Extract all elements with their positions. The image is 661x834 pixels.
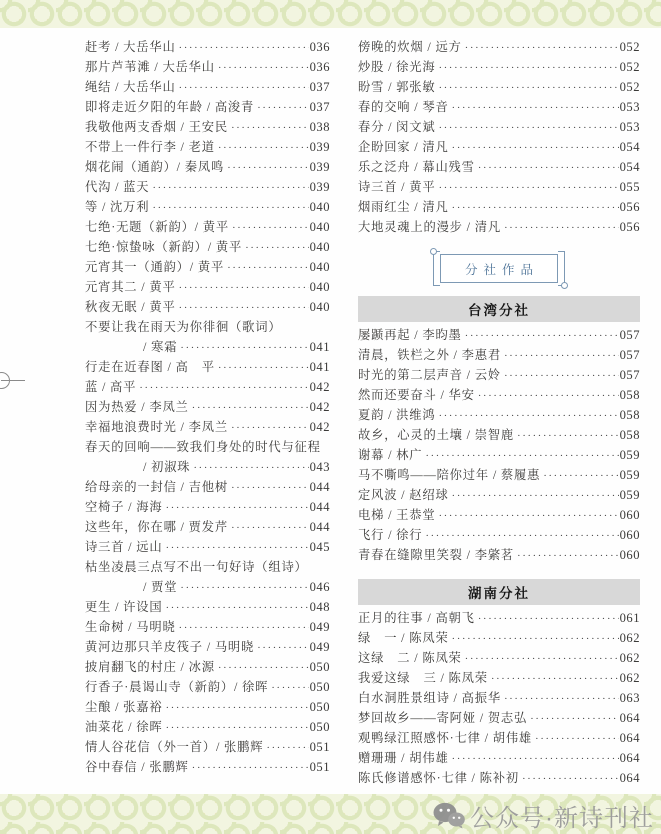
page-number: 036 xyxy=(310,57,330,77)
toc-entry: 披肩翻飞的村庄 / 冰源050 xyxy=(85,657,330,677)
page-number: 049 xyxy=(310,617,330,637)
entry-title-author: 不带上一件行李 / 老道 xyxy=(85,137,215,157)
page-number: 054 xyxy=(620,157,640,177)
entry-title-author: 蓝 / 高平 xyxy=(85,377,136,397)
page-number: 043 xyxy=(310,457,330,477)
badge-ornament-icon xyxy=(430,248,437,255)
dot-leader xyxy=(193,458,308,478)
dot-leader xyxy=(438,506,618,526)
toc-entry: 正月的往事 / 高朝飞061 xyxy=(358,608,640,628)
section-title-taiwan: 台湾分社 xyxy=(358,296,640,322)
toc-entry: 青春在缝隙里笑裂 / 李綮茗060 xyxy=(358,545,640,565)
entry-title-author: 烟花闹（通韵）/ 秦凤鸣 xyxy=(85,157,224,177)
page-number: 048 xyxy=(310,597,330,617)
entry-title-author: 烟雨红尘 / 清凡 xyxy=(358,197,449,217)
dot-leader xyxy=(478,386,619,406)
entry-title-author: 夏韵 / 洪维鸿 xyxy=(358,405,435,425)
toc-entry: 幸福地浪费时光 / 李凤兰042 xyxy=(85,417,330,437)
entry-title-author: 傍晚的炊烟 / 远方 xyxy=(358,37,462,57)
watermark-text: 公众号·新诗刊社 xyxy=(470,798,654,833)
toc-entry: 这绿 二 / 陈凤荣062 xyxy=(358,648,640,668)
page-number: 039 xyxy=(310,157,330,177)
decorative-border-top xyxy=(0,0,661,28)
toc-entry: 屡踬再起 / 李昀墨057 xyxy=(358,325,640,345)
page-number: 051 xyxy=(310,757,330,777)
entry-title-author: 等 / 沈万利 xyxy=(85,197,149,217)
entry-title-author: 大地灵魂上的漫步 / 清凡 xyxy=(358,217,501,237)
toc-list-taiwan: 屡踬再起 / 李昀墨057清晨，铁栏之外 / 李惠君057时光的第二层声音 / … xyxy=(358,325,640,565)
toc-entry: 我敬他两支香烟 / 王安民038 xyxy=(85,117,330,137)
page-number: 057 xyxy=(620,325,640,345)
toc-entry: 这些年，你在哪 / 贾发芹044 xyxy=(85,517,330,537)
page-number: 040 xyxy=(310,217,330,237)
entry-title-author: 正月的往事 / 高朝飞 xyxy=(358,608,475,628)
dot-leader xyxy=(271,678,308,698)
dot-leader xyxy=(165,538,308,558)
toc-list-hunan: 正月的往事 / 高朝飞061绿 一 / 陈凤荣062这绿 二 / 陈凤荣062我… xyxy=(358,608,640,788)
toc-entry: 时光的第二层声音 / 云姈057 xyxy=(358,365,640,385)
toc-entry: 谷中春信 / 张鹏辉051 xyxy=(85,757,330,777)
dot-leader xyxy=(179,78,309,98)
toc-entry: 那片芦苇滩 / 大岳华山036 xyxy=(85,57,330,77)
entry-title-author: 春天的回响——致我们身处的时代与征程 xyxy=(85,437,321,457)
section-hunan: 湖南分社 正月的往事 / 高朝飞061绿 一 / 陈凤荣062这绿 二 / 陈凤… xyxy=(358,579,640,788)
dot-leader xyxy=(438,406,618,426)
dot-leader xyxy=(165,718,308,738)
entry-title-author: 飞行 / 徐行 xyxy=(358,525,422,545)
dot-leader xyxy=(231,518,309,538)
page-number: 050 xyxy=(310,657,330,677)
dot-leader xyxy=(452,98,619,118)
toc-entry: 元宵其二 / 黄平040 xyxy=(85,277,330,297)
entry-title-author: 企盼回家 / 清凡 xyxy=(358,137,449,157)
page-number: 064 xyxy=(620,768,640,788)
entry-title-author: / 初淑珠 xyxy=(143,457,190,477)
entry-title-author: 春的交响 / 琴音 xyxy=(358,97,449,117)
wechat-icon xyxy=(433,802,465,829)
page-number: 041 xyxy=(310,357,330,377)
page-number: 040 xyxy=(310,197,330,217)
toc-entry: 故乡，心灵的土壤 / 崇智鹿058 xyxy=(358,425,640,445)
toc-entry: 黄河边那只羊皮筏子 / 马明晓049 xyxy=(85,637,330,657)
page-number: 044 xyxy=(310,517,330,537)
dot-leader xyxy=(231,478,309,498)
entry-title-author: 屡踬再起 / 李昀墨 xyxy=(358,325,462,345)
dot-leader xyxy=(438,58,618,78)
entry-title-author: 因为热爱 / 李凤兰 xyxy=(85,397,189,417)
page-number: 061 xyxy=(620,608,640,628)
page-number: 064 xyxy=(620,748,640,768)
entry-title-author: 马不嘶鸣——陪你过年 / 蔡履惠 xyxy=(358,465,540,485)
page-number: 049 xyxy=(310,637,330,657)
entry-title-author: 这绿 二 / 陈凤荣 xyxy=(358,648,462,668)
dot-leader xyxy=(452,138,619,158)
entry-title-author: 油菜花 / 徐晖 xyxy=(85,717,162,737)
entry-title-author: 我敬他两支香烟 / 王安民 xyxy=(85,117,228,137)
dot-leader xyxy=(139,378,308,398)
entry-title-author: 故乡，心灵的土壤 / 崇智鹿 xyxy=(358,425,514,445)
toc-entry: 诗三首 / 远山045 xyxy=(85,537,330,557)
page-number: 046 xyxy=(310,577,330,597)
page-number: 060 xyxy=(620,505,640,525)
toc-entry: 我爱这绿 三 / 陈凤荣062 xyxy=(358,668,640,688)
dot-leader xyxy=(179,278,309,298)
toc-entry: 清晨，铁栏之外 / 李惠君057 xyxy=(358,345,640,365)
dot-leader xyxy=(517,546,619,566)
toc-column-left: 赶考 / 大岳华山036那片芦苇滩 / 大岳华山036绳结 / 大岳华山037即… xyxy=(85,37,330,790)
toc-entry: 行走在近春图 / 高 平041 xyxy=(85,357,330,377)
entry-title-author: 那片芦苇滩 / 大岳华山 xyxy=(85,57,215,77)
dot-leader xyxy=(218,358,309,378)
dot-leader xyxy=(165,598,308,618)
toc-entry: 给母亲的一封信 / 吉他树044 xyxy=(85,477,330,497)
page-number: 053 xyxy=(620,117,640,137)
page-number: 060 xyxy=(620,525,640,545)
badge-label: 分社作品 xyxy=(465,263,539,277)
toc-entry: 大地灵魂上的漫步 / 清凡056 xyxy=(358,217,640,237)
entry-title-author: 盼雪 / 郭张敏 xyxy=(358,77,435,97)
toc-entry: 生命树 / 马明晓049 xyxy=(85,617,330,637)
toc-entry: 诗三首 / 黄平055 xyxy=(358,177,640,197)
entry-title-author: 空椅子 / 海海 xyxy=(85,497,162,517)
entry-title-author: 尘酿 / 张嘉裕 xyxy=(85,697,162,717)
page-number: 051 xyxy=(310,737,330,757)
page-number: 040 xyxy=(310,277,330,297)
entry-title-author: 更生 / 许设国 xyxy=(85,597,162,617)
page-number: 062 xyxy=(620,668,640,688)
toc-entry: 情人谷花信（外一首）/ 张鹏辉051 xyxy=(85,737,330,757)
toc-entry: 马不嘶鸣——陪你过年 / 蔡履惠059 xyxy=(358,465,640,485)
entry-title-author: 乐之泛舟 / 幕山残雪 xyxy=(358,157,475,177)
page-number: 044 xyxy=(310,497,330,517)
dot-leader xyxy=(452,486,619,506)
entry-title-author: 赠珊珊 / 胡伟雄 xyxy=(358,748,449,768)
page-number: 052 xyxy=(620,77,640,97)
dot-leader xyxy=(179,38,309,58)
page-number: 037 xyxy=(310,97,330,117)
dot-leader xyxy=(425,526,618,546)
toc-entry: 烟雨红尘 / 清凡056 xyxy=(358,197,640,217)
toc-entry: 傍晚的炊烟 / 远方052 xyxy=(358,37,640,57)
entry-title-author: 我爱这绿 三 / 陈凤荣 xyxy=(358,668,488,688)
dot-leader xyxy=(218,138,309,158)
dot-leader xyxy=(530,709,618,729)
entry-title-author: 枯坐凌晨三点写不出一句好诗（组诗） xyxy=(85,557,308,577)
entry-title-author: 行走在近春图 / 高 平 xyxy=(85,357,215,377)
dot-leader xyxy=(504,218,619,238)
page-number: 063 xyxy=(620,688,640,708)
dot-leader xyxy=(179,298,309,318)
toc-entry: 因为热爱 / 李凤兰042 xyxy=(85,397,330,417)
entry-title-author: 青春在缝隙里笑裂 / 李綮茗 xyxy=(358,545,514,565)
entry-title-author: 代沟 / 蓝天 xyxy=(85,177,149,197)
entry-title-author: 赶考 / 大岳华山 xyxy=(85,37,176,57)
dot-leader xyxy=(257,638,308,658)
page-number: 058 xyxy=(620,425,640,445)
toc-entry: 秋夜无眠 / 黄平040 xyxy=(85,297,330,317)
page-number: 040 xyxy=(310,257,330,277)
dot-leader xyxy=(227,158,309,178)
toc-entry: 陈氏修谱感怀·七律 / 陈补初064 xyxy=(358,768,640,788)
page-number: 055 xyxy=(620,177,640,197)
entry-title-author: 行香子·晨谒山寺（新韵）/ 徐晖 xyxy=(85,677,268,697)
page-number: 050 xyxy=(310,717,330,737)
dot-leader xyxy=(504,346,619,366)
entry-title-author: 梦回故乡——寄阿娅 / 贺志弘 xyxy=(358,708,527,728)
entry-title-author: 春分 / 闵文斌 xyxy=(358,117,435,137)
dot-leader xyxy=(152,178,308,198)
page-number: 042 xyxy=(310,377,330,397)
entry-title-author: 生命树 / 马明晓 xyxy=(85,617,176,637)
entry-title-author: 绳结 / 大岳华山 xyxy=(85,77,176,97)
toc-entry: 赠珊珊 / 胡伟雄064 xyxy=(358,748,640,768)
entry-title-author: 幸福地浪费时光 / 李凤兰 xyxy=(85,417,228,437)
page-number: 052 xyxy=(620,57,640,77)
dot-leader xyxy=(165,698,308,718)
page-number: 064 xyxy=(620,708,640,728)
dot-leader xyxy=(452,629,619,649)
page-number: 059 xyxy=(620,485,640,505)
entry-title-author: 秋夜无眠 / 黄平 xyxy=(85,297,176,317)
toc-entry: 行香子·晨谒山寺（新韵）/ 徐晖050 xyxy=(85,677,330,697)
toc-entry: 七绝·惊蛰咏（新韵）/ 黄平040 xyxy=(85,237,330,257)
page-number: 050 xyxy=(310,697,330,717)
entry-title-author: 陈氏修谱感怀·七律 / 陈补初 xyxy=(358,768,519,788)
toc-entry: 赶考 / 大岳华山036 xyxy=(85,37,330,57)
dot-leader xyxy=(192,758,309,778)
dot-leader xyxy=(517,426,619,446)
entry-title-author: 时光的第二层声音 / 云姈 xyxy=(358,365,501,385)
toc-entry: 春分 / 闵文斌053 xyxy=(358,117,640,137)
page-number: 040 xyxy=(310,237,330,257)
entry-title-author: 定风波 / 赵绍球 xyxy=(358,485,449,505)
entry-title-author: 给母亲的一封信 / 吉他树 xyxy=(85,477,228,497)
branch-works-badge: 分社作品 xyxy=(440,254,558,283)
toc-entry: 不要让我在雨天为你徘徊（歌词） xyxy=(85,317,330,337)
dot-leader xyxy=(227,258,309,278)
entry-title-author: 诗三首 / 黄平 xyxy=(358,177,435,197)
toc-entry: 元宵其一（通韵）/ 黄平040 xyxy=(85,257,330,277)
entry-title-author: 炒股 / 徐光海 xyxy=(358,57,435,77)
branch-works-badge-wrap: 分社作品 xyxy=(358,254,640,283)
dot-leader xyxy=(438,78,618,98)
dot-leader xyxy=(465,649,619,669)
dot-leader xyxy=(192,398,309,418)
entry-title-author: 情人谷花信（外一首）/ 张鹏辉 xyxy=(85,737,263,757)
toc-entry: 飞行 / 徐行060 xyxy=(358,525,640,545)
dot-leader xyxy=(425,446,618,466)
entry-title-author: 不要让我在雨天为你徘徊（歌词） xyxy=(85,317,281,337)
dot-leader xyxy=(452,198,619,218)
section-taiwan: 台湾分社 屡踬再起 / 李昀墨057清晨，铁栏之外 / 李惠君057时光的第二层… xyxy=(358,296,640,565)
toc-entry: 即将走近夕阳的年龄 / 高浚青037 xyxy=(85,97,330,117)
page-number: 040 xyxy=(310,297,330,317)
toc-entry: / 初淑珠043 xyxy=(85,457,330,477)
page-number: 042 xyxy=(310,397,330,417)
toc-entry: 定风波 / 赵绍球059 xyxy=(358,485,640,505)
toc-page: 赶考 / 大岳华山036那片芦苇滩 / 大岳华山036绳结 / 大岳华山037即… xyxy=(85,37,640,790)
page-number: 062 xyxy=(620,628,640,648)
page-number: 042 xyxy=(310,417,330,437)
dot-leader xyxy=(180,578,308,598)
toc-entry: 企盼回家 / 清凡054 xyxy=(358,137,640,157)
entry-title-author: 这些年，你在哪 / 贾发芹 xyxy=(85,517,228,537)
dot-leader xyxy=(218,658,309,678)
page-number: 056 xyxy=(620,197,640,217)
page-number: 057 xyxy=(620,345,640,365)
toc-entry: 七绝·无题（新韵）/ 黄平040 xyxy=(85,217,330,237)
toc-entry: 油菜花 / 徐晖050 xyxy=(85,717,330,737)
entry-title-author: 披肩翻飞的村庄 / 冰源 xyxy=(85,657,215,677)
toc-entry: 谢幕 / 林广059 xyxy=(358,445,640,465)
dot-leader xyxy=(535,729,619,749)
dot-leader xyxy=(491,669,619,689)
toc-entry: / 贾堂046 xyxy=(85,577,330,597)
toc-entry: 枯坐凌晨三点写不出一句好诗（组诗） xyxy=(85,557,330,577)
dot-leader xyxy=(452,749,619,769)
dot-leader xyxy=(504,689,619,709)
page-number: 044 xyxy=(310,477,330,497)
entry-title-author: 清晨，铁栏之外 / 李惠君 xyxy=(358,345,501,365)
page-number: 056 xyxy=(620,217,640,237)
dot-leader xyxy=(257,98,308,118)
page-number: 059 xyxy=(620,445,640,465)
toc-entry: / 寒霜041 xyxy=(85,337,330,357)
entry-title-author: 七绝·惊蛰咏（新韵）/ 黄平 xyxy=(85,237,242,257)
toc-list-continuation: 傍晚的炊烟 / 远方052炒股 / 徐光海052盼雪 / 郭张敏052春的交响 … xyxy=(358,37,640,237)
page-number: 050 xyxy=(310,677,330,697)
page-number: 036 xyxy=(310,37,330,57)
page-number: 062 xyxy=(620,648,640,668)
toc-entry: 蓝 / 高平042 xyxy=(85,377,330,397)
dot-leader xyxy=(478,158,619,178)
entry-title-author: 即将走近夕阳的年龄 / 高浚青 xyxy=(85,97,254,117)
toc-entry: 春天的回响——致我们身处的时代与征程 xyxy=(85,437,330,457)
watermark: 公众号·新诗刊社 xyxy=(433,797,654,833)
dot-leader xyxy=(165,498,308,518)
page-number: 039 xyxy=(310,137,330,157)
toc-entry: 夏韵 / 洪维鸿058 xyxy=(358,405,640,425)
dot-leader xyxy=(232,218,309,238)
toc-entry: 绳结 / 大岳华山037 xyxy=(85,77,330,97)
page-number: 053 xyxy=(620,97,640,117)
page-number: 037 xyxy=(310,77,330,97)
entry-title-author: / 贾堂 xyxy=(143,577,177,597)
dot-leader xyxy=(245,238,309,258)
toc-entry: 盼雪 / 郭张敏052 xyxy=(358,77,640,97)
page-number: 058 xyxy=(620,405,640,425)
toc-entry: 不带上一件行李 / 老道039 xyxy=(85,137,330,157)
toc-entry: 梦回故乡——寄阿娅 / 贺志弘064 xyxy=(358,708,640,728)
entry-title-author: 观鸭绿江照感怀·七律 / 胡伟雄 xyxy=(358,728,532,748)
entry-title-author: 绿 一 / 陈凤荣 xyxy=(358,628,449,648)
dot-leader xyxy=(438,118,618,138)
dot-leader xyxy=(231,118,309,138)
dot-leader xyxy=(218,58,309,78)
entry-title-author: / 寒霜 xyxy=(143,337,177,357)
toc-entry: 烟花闹（通韵）/ 秦凤鸣039 xyxy=(85,157,330,177)
page-number: 057 xyxy=(620,365,640,385)
dot-leader xyxy=(152,198,308,218)
toc-entry: 尘酿 / 张嘉裕050 xyxy=(85,697,330,717)
registration-mark xyxy=(0,372,10,389)
page-number: 045 xyxy=(310,537,330,557)
page-number: 054 xyxy=(620,137,640,157)
toc-entry: 绿 一 / 陈凤荣062 xyxy=(358,628,640,648)
toc-entry: 等 / 沈万利040 xyxy=(85,197,330,217)
page-number: 060 xyxy=(620,545,640,565)
entry-title-author: 黄河边那只羊皮筏子 / 马明晓 xyxy=(85,637,254,657)
dot-leader xyxy=(179,618,309,638)
dot-leader xyxy=(465,326,619,346)
page-number: 039 xyxy=(310,177,330,197)
page-number: 041 xyxy=(310,337,330,357)
dot-leader xyxy=(438,178,618,198)
page-number: 038 xyxy=(310,117,330,137)
toc-entry: 更生 / 许设国048 xyxy=(85,597,330,617)
dot-leader xyxy=(266,738,308,758)
toc-entry: 然而还要奋斗 / 华安058 xyxy=(358,385,640,405)
toc-entry: 白水洞胜景组诗 / 高振华063 xyxy=(358,688,640,708)
entry-title-author: 元宵其二 / 黄平 xyxy=(85,277,176,297)
section-title-hunan: 湖南分社 xyxy=(358,579,640,605)
entry-title-author: 电梯 / 王恭堂 xyxy=(358,505,435,525)
dot-leader xyxy=(504,366,619,386)
page-number: 052 xyxy=(620,37,640,57)
entry-title-author: 诗三首 / 远山 xyxy=(85,537,162,557)
dot-leader xyxy=(543,466,618,486)
page-number: 064 xyxy=(620,728,640,748)
dot-leader xyxy=(478,609,619,629)
toc-column-right: 傍晚的炊烟 / 远方052炒股 / 徐光海052盼雪 / 郭张敏052春的交响 … xyxy=(358,37,640,790)
toc-entry: 观鸭绿江照感怀·七律 / 胡伟雄064 xyxy=(358,728,640,748)
entry-title-author: 七绝·无题（新韵）/ 黄平 xyxy=(85,217,229,237)
entry-title-author: 谢幕 / 林广 xyxy=(358,445,422,465)
badge-ornament-icon xyxy=(561,282,568,289)
dot-leader xyxy=(180,338,308,358)
page-number: 058 xyxy=(620,385,640,405)
entry-title-author: 然而还要奋斗 / 华安 xyxy=(358,385,475,405)
toc-entry: 乐之泛舟 / 幕山残雪054 xyxy=(358,157,640,177)
toc-entry: 炒股 / 徐光海052 xyxy=(358,57,640,77)
entry-title-author: 谷中春信 / 张鹏辉 xyxy=(85,757,189,777)
toc-entry: 春的交响 / 琴音053 xyxy=(358,97,640,117)
dot-leader xyxy=(465,38,619,58)
entry-title-author: 元宵其一（通韵）/ 黄平 xyxy=(85,257,224,277)
toc-list-left: 赶考 / 大岳华山036那片芦苇滩 / 大岳华山036绳结 / 大岳华山037即… xyxy=(85,37,330,777)
dot-leader xyxy=(522,769,619,789)
toc-entry: 电梯 / 王恭堂060 xyxy=(358,505,640,525)
entry-title-author: 白水洞胜景组诗 / 高振华 xyxy=(358,688,501,708)
toc-entry: 空椅子 / 海海044 xyxy=(85,497,330,517)
toc-entry: 代沟 / 蓝天039 xyxy=(85,177,330,197)
page-number: 059 xyxy=(620,465,640,485)
dot-leader xyxy=(231,418,309,438)
